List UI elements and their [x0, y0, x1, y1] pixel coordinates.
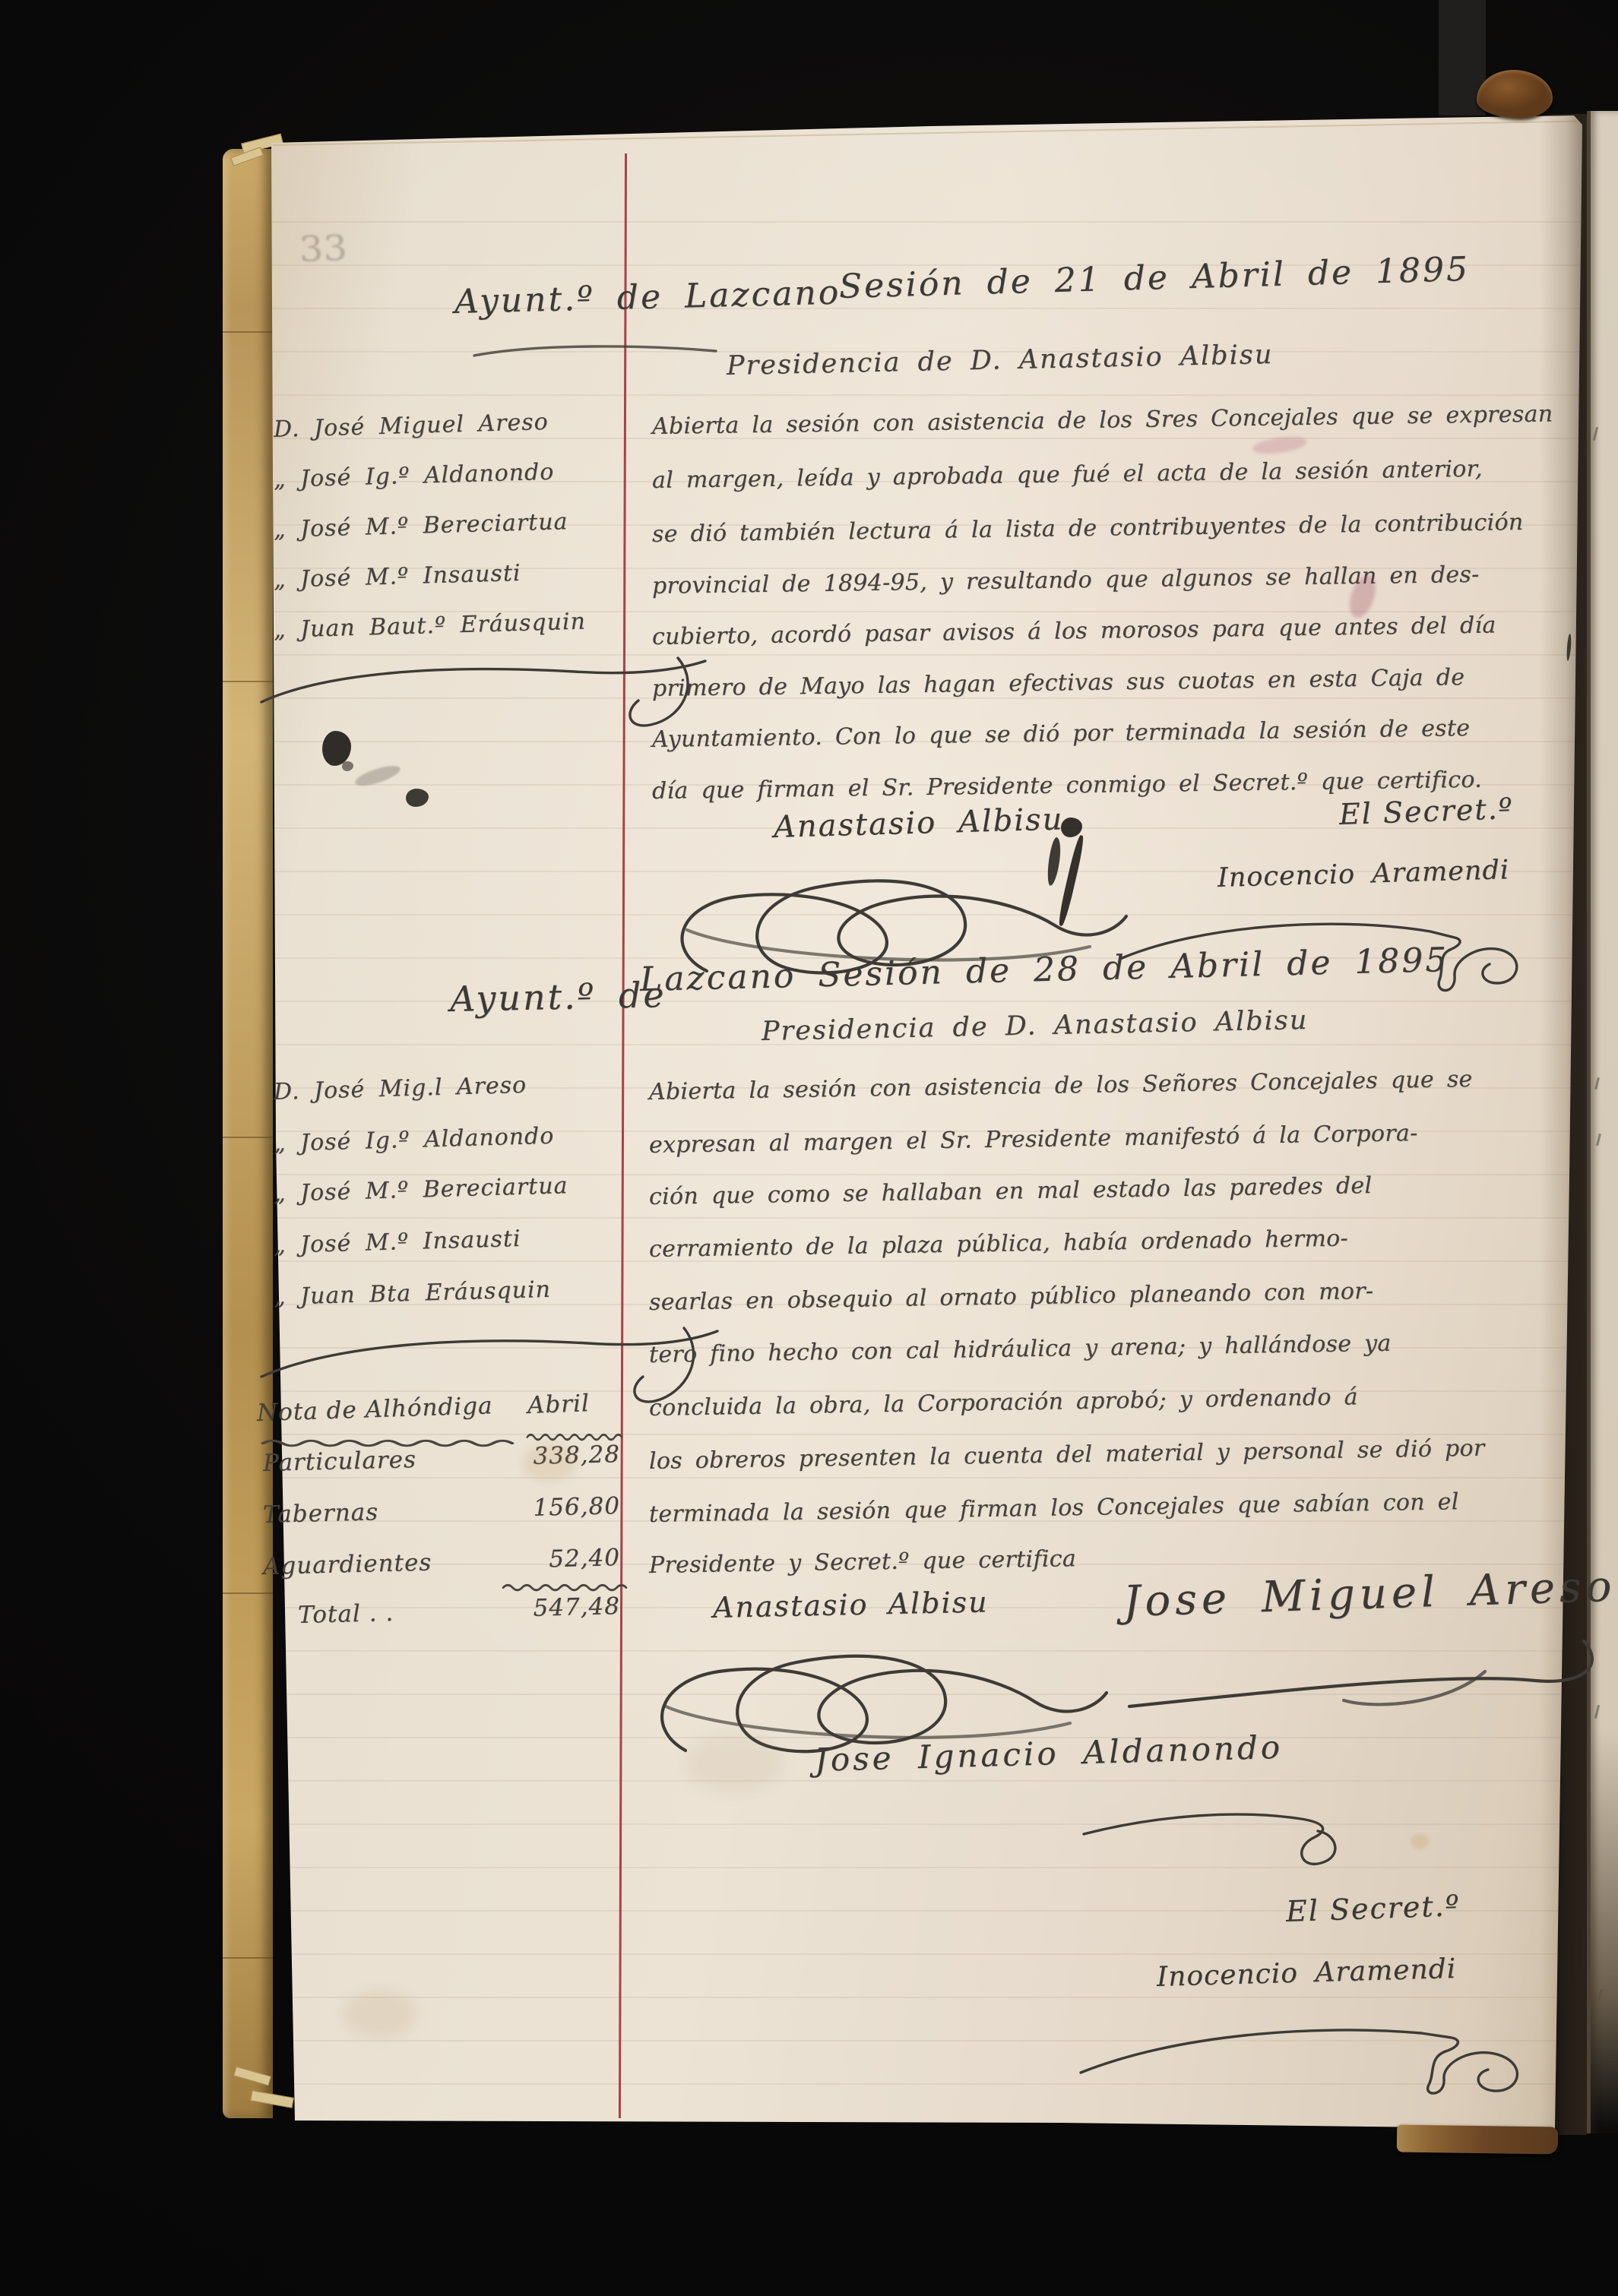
facing-page-edge	[1587, 111, 1618, 2133]
paper-stain	[684, 1732, 783, 1793]
note-row-label: Tabernas	[263, 1498, 379, 1529]
attendee-list-flourish	[255, 655, 711, 731]
wavy-underline	[502, 1582, 628, 1592]
alhondiga-note-period: Abril	[527, 1390, 590, 1419]
signature-underline-flourish	[1116, 1632, 1602, 1716]
signature-secretary-label: El Secret.º	[1338, 792, 1514, 831]
leather-cover-edge	[1397, 2125, 1558, 2155]
paper-stain	[523, 1444, 576, 1482]
note-row-amount: 156,80	[499, 1492, 621, 1523]
heading-underline-flourish	[470, 340, 720, 360]
signature-president: Anastasio Albisu	[713, 1585, 989, 1624]
page-stack-gilt-edge	[223, 149, 273, 2118]
underlying-sheet-edge	[273, 121, 1577, 146]
signature-secretary-label: El Secret.º	[1285, 1889, 1461, 1928]
folio-number-bleed: 33	[299, 227, 348, 270]
paper-stain	[344, 1991, 416, 2038]
note-row-label: Particulares	[263, 1446, 417, 1477]
signature-flourish	[1070, 1787, 1351, 1886]
note-total-amount: 547,48	[499, 1592, 621, 1623]
archive-photo-of-minutes-ledger: 33 Ayunt.º de Lazcano Sesión de 21 de Ab…	[0, 0, 1618, 2296]
paper-stain	[1411, 1834, 1429, 1849]
session2-heading-left: Ayunt.º de	[449, 974, 667, 1020]
signature-flourish	[1070, 2003, 1549, 2102]
note-row-amount: 52,40	[499, 1544, 621, 1574]
wavy-underline	[526, 1431, 623, 1441]
leather-spine-tab	[1477, 70, 1553, 119]
note-row-label: Aguardientes	[263, 1549, 432, 1580]
note-total-label: Total . .	[298, 1599, 394, 1629]
